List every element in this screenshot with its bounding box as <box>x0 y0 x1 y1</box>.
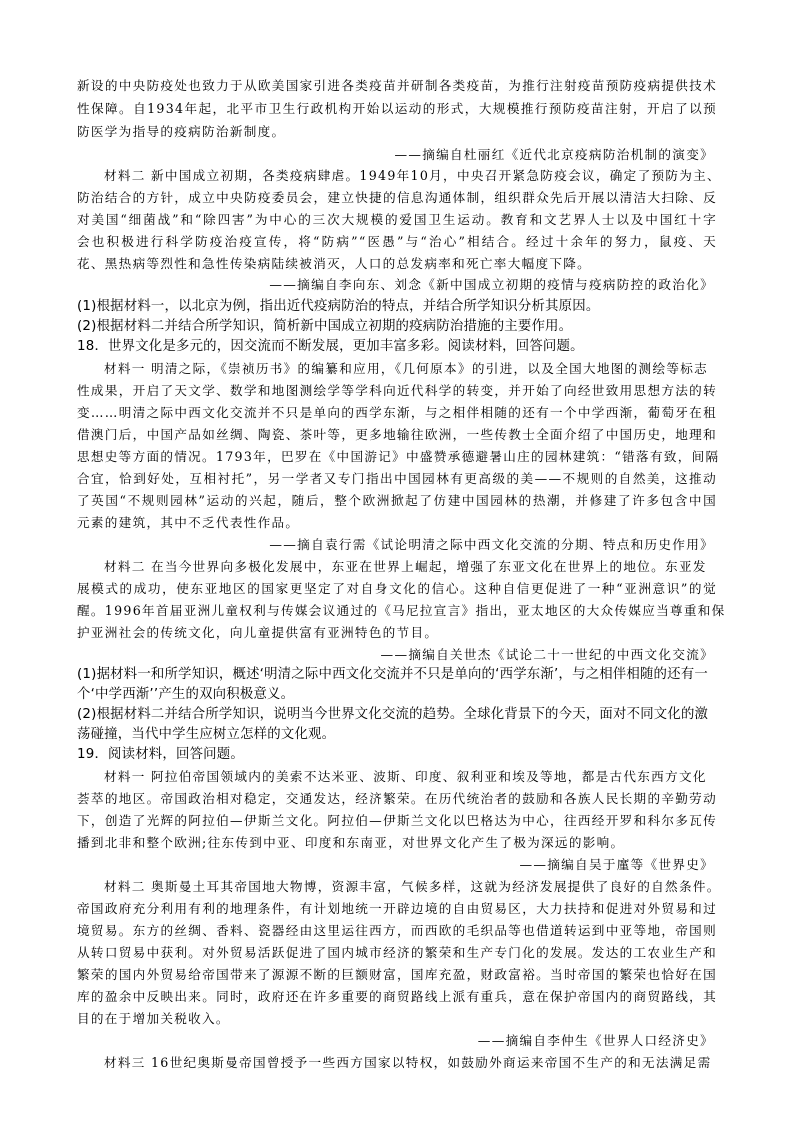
question-18-title: 18．世界文化是多元的，因交流而不断发展，更加丰富多彩。阅读材料，回答问题。 <box>77 337 717 357</box>
q18-material2-line: 材料二 在当今世界向多极化发展中，东亚在世界上崛起，增强了东亚文化在世界上的地位… <box>104 557 744 577</box>
question-18-1: (1)据材料一和所学知识，概述‘明清之际中西文化交流并不只是单向的‘西学东渐’，… <box>77 665 717 685</box>
q18-material1-line: 合宜，恰到好处，互相衬托”，另一学者又专门指出中国园林有更高级的美——不规则的自… <box>77 469 717 489</box>
q18-material2-line: 醒。1996年首届亚洲儿童权利与传媒会议通过的《马尼拉宣言》指出，亚太地区的大众… <box>77 601 717 621</box>
q19-material1-line: 下，创造了光辉的阿拉伯—伊斯兰文化。阿拉伯—伊斯兰文化以巴格达为中心，往西经开罗… <box>77 811 717 831</box>
material1-text-line: 性保障。自1934年起，北平市卫生行政机构开始以运动的形式，大规模推行预防疫苗注… <box>77 99 717 119</box>
q19-material3-line: 材料三 16世纪奥斯曼帝国曾授予一些西方国家以特权，如鼓励外商运来帝国不生产的和… <box>104 1053 744 1073</box>
q19-material2-line: 目的在于增加关税收入。 <box>77 1009 717 1029</box>
material2-text-line: 对美国“细菌战”和“除四害”为中心的三次大规模的爱国卫生运动。教育和文艺界人士以… <box>77 210 717 230</box>
q18-material1-line: 了英国“不规则园林”运动的兴起，随后，整个欧洲掀起了仿建中国园林的热潮，并修建了… <box>77 491 717 511</box>
material1-source: ——摘编自杜丽红《近代北京疫病防治机制的演变》 <box>394 145 714 165</box>
question-18-1-cont: 个‘中学西渐’’产生的双向积极意义。 <box>77 685 717 705</box>
question-18-2: (2)根据材料二并结合所学知识，说明当今世界文化交流的趋势。全球化背景下的今天，… <box>77 705 717 725</box>
q19-material1-source: ——摘编自吴于廑等《世界史》 <box>519 855 714 875</box>
material2-text-line: 材料二 新中国成立初期，各类疫病肆虐。1949年10月，中央召开紧急防疫会议，确… <box>104 166 744 186</box>
q19-material1-line: 荟萃的地区。帝国政治相对稳定，交通发达，经济繁荣。在历代统治者的鼓励和各族人民长… <box>77 789 717 809</box>
material2-text-line: 花、黑热病等烈性和急性传染病陆续被消灭，人口的总发病率和死亡率大幅度下降。 <box>77 254 717 274</box>
q18-material2-line: 护亚洲社会的传统文化，向儿童提供富有亚洲特色的节目。 <box>77 623 717 643</box>
question-19-title: 19．阅读材料，回答问题。 <box>77 745 717 765</box>
q18-material1-line: 借澳门后，中国产品如丝绸、陶瓷、茶叶等，更多地输往欧洲，一些传教士全面介绍了中国… <box>77 425 717 445</box>
material2-text-line: 会也积极进行科学防疫治疫宣传，将“防病”“医愚”与“治心”相结合。经过十余年的努… <box>77 232 717 252</box>
q18-material1-line: 元素的建筑，其中不乏代表性作品。 <box>77 513 717 533</box>
q18-material1-line: 材料一 明清之际，《崇祯历书》的编纂和应用，《几何原本》的引进，以及全国大地图的… <box>104 359 744 379</box>
q19-material2-line: 从转口贸易中获利。对外贸易活跃促进了国内城市经济的繁荣和生产专门化的发展。发达的… <box>77 943 717 963</box>
question-17-1: (1)根据材料一，以北京为例，指出近代疫病防治的特点，并结合所学知识分析其原因。 <box>77 297 717 317</box>
material2-text-line: 防治结合的方针，成立中央防疫委员会，建立快捷的信息沟通体制，组织群众先后开展以清… <box>77 188 717 208</box>
q18-material1-line: 性成果，开启了天文学、数学和地图测绘学等学科向近代科学的转变，并开始了向经世致用… <box>77 381 717 401</box>
material1-text-line: 新设的中央防疫处也致力于从欧美国家引进各类疫苗并研制各类疫苗，为推行注射疫苗预防… <box>77 76 717 96</box>
q19-material2-line: 材料二 奥斯曼土耳其帝国地大物博，资源丰富，气候多样，这就为经济发展提供了良好的… <box>104 877 744 897</box>
question-18-2-cont: 荡碰撞，当代中学生应树立怎样的文化观。 <box>77 725 717 745</box>
q18-material2-source: ——摘编自关世杰《试论二十一世纪的中西文化交流》 <box>381 645 714 665</box>
exam-page: 新设的中央防疫处也致力于从欧美国家引进各类疫苗并研制各类疫苗，为推行注射疫苗预防… <box>0 0 794 1123</box>
material1-text-line: 防医学为指导的疫病防治新制度。 <box>77 122 717 142</box>
q19-material2-line: 帝国政府充分利用有利的地理条件，有计划地统一开辟边境的自由贸易区，大力扶持和促进… <box>77 899 717 919</box>
q19-material1-line: 材料一 阿拉伯帝国领域内的美索不达米亚、波斯、印度、叙利亚和埃及等地，都是古代东… <box>104 767 744 787</box>
q18-material2-line: 展模式的成功，使东亚地区的国家更坚定了对自身文化的信心。这种自信更促进了一种“亚… <box>77 579 717 599</box>
material2-source: ——摘编自李向东、刘念《新中国成立初期的疫情与疫病防控的政治化》 <box>269 275 714 295</box>
q19-material2-line: 库的盈余中反映出来。同时，政府还在许多重要的商贸路线上派有重兵，意在保护帝国内的… <box>77 987 717 1007</box>
q19-material1-line: 播到北非和整个欧洲;往东传到中亚、印度和东南亚，对世界文化产生了极为深远的影响。 <box>77 833 717 853</box>
q19-material2-line: 境贸易。东方的丝绸、香料、瓷器经由这里运往西方，而西欧的毛织品等也借道转运到中亚… <box>77 921 717 941</box>
question-17-2: (2)根据材料二并结合所学知识，简析新中国成立初期的疫病防治措施的主要作用。 <box>77 317 717 337</box>
q18-material1-source: ——摘自袁行需《试论明清之际中西文化交流的分期、特点和历史作用》 <box>269 535 714 555</box>
q19-material2-source: ——摘编自李仲生《世界人口经济史》 <box>478 1031 714 1051</box>
q18-material1-line: 思想史等方面的情况。1793年，巴罗在《中国游记》中盛赞承德避暑山庄的园林建筑：… <box>77 447 717 467</box>
q19-material2-line: 繁荣的国内外贸易给帝国带来了源源不断的巨额财富，国库充盈，财政富裕。当时帝国的繁… <box>77 965 717 985</box>
q18-material1-line: 变……明清之际中西文化交流并不只是单向的西学东渐，与之相伴相随的还有一个中学西渐… <box>77 403 717 423</box>
